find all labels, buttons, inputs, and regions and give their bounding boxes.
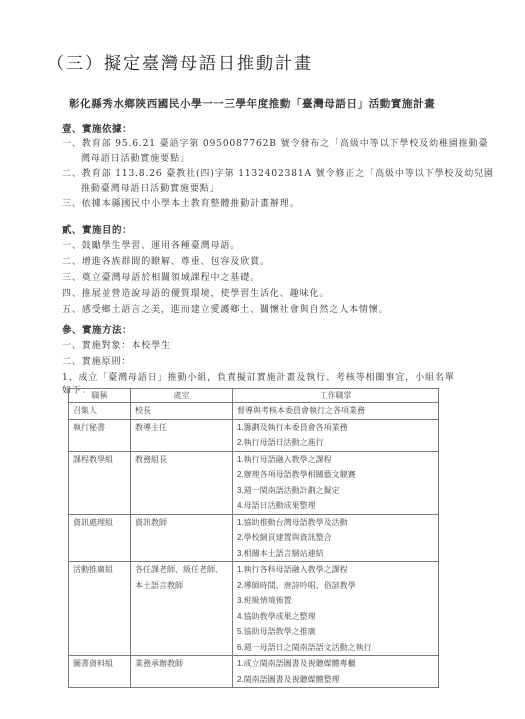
- cell-office: 教務組長: [131, 451, 233, 514]
- committee-table: 職稱 處室 工作職掌 召集人 校長 督導與考核本委員會執行之各項業務 執行秘書 …: [68, 388, 439, 688]
- goal-item-1: 一、鼓勵學生學習、運用各種臺灣母語。: [62, 238, 240, 251]
- table-row: 課程教學組 教務組長 1.執行母語融入教學之課程 2.辦理各項母語教學相關藝文競…: [69, 451, 439, 514]
- duty-item: 2.辦理各項母語教學相關藝文競賽: [237, 467, 434, 483]
- basis-item-3: 三、依據本縣國民中小學本土教育整體推動計畫辦理。: [62, 196, 300, 209]
- cell-office: 教導主任: [131, 419, 233, 451]
- header-title: 職稱: [69, 389, 131, 403]
- cell-title: 活動推廣組: [69, 562, 131, 656]
- cell-title: 課程教學組: [69, 451, 131, 514]
- goal-item-4: 四、推展並營造說母語的優質環境，使學習生活化、趣味化。: [62, 286, 329, 299]
- duty-item: 1.協助推動台灣母語教學及活動: [237, 515, 434, 531]
- duty-item: 6.週一母語日之閩南語語文活動之執行: [237, 640, 434, 656]
- cell-title: 執行秘書: [69, 419, 131, 451]
- basis-item-1-cont: 灣母語日活動實施要點」: [81, 151, 190, 164]
- cell-office: 校長: [131, 403, 233, 420]
- cell-office: 各任課老師、級任老師、本土語言教師: [131, 562, 233, 656]
- cell-duties: 1.執行各科母語融入教學之課程 2.導師時間、唐詩吟唱、俗諺教學 3.班級情境佈…: [233, 562, 439, 656]
- cell-duties: 1.成立閩南語圖書及視聽媒體專櫃 2.閩南語圖書及視聽媒體整理: [233, 656, 439, 688]
- methods-principle: 二、實施原則：: [62, 354, 131, 367]
- table-row: 活動推廣組 各任課老師、級任老師、本土語言教師 1.執行各科母語融入教學之課程 …: [69, 562, 439, 656]
- duty-item: 1.籌劃及執行本委員會各項業務: [237, 420, 434, 436]
- table-row: 圖書資料組 業務承辦教師 1.成立閩南語圖書及視聽媒體專櫃 2.閩南語圖書及視聽…: [69, 656, 439, 688]
- methods-target: 一、實施對象：本校學生: [62, 338, 171, 351]
- basis-item-1: 一、教育部 95.6.21 臺語字第 0950087762B 號令發布之「高級中…: [62, 136, 488, 149]
- cell-title: 資訊處理組: [69, 514, 131, 562]
- cell-duties: 1.執行母語融入教學之課程 2.辦理各項母語教學相關藝文競賽 3.週一閩南語活動…: [233, 451, 439, 514]
- duty-item: 1.執行各科母語融入教學之課程: [237, 562, 434, 578]
- cell-office: 資訊教師: [131, 514, 233, 562]
- basis-heading: 壹、實施依據：: [62, 121, 132, 135]
- table-row: 執行秘書 教導主任 1.籌劃及執行本委員會各項業務 2.執行母語日活動之進行: [69, 419, 439, 451]
- duty-item: 2.學校網頁建置與資訊整合: [237, 530, 434, 546]
- duty-item: 2.導師時間、唐詩吟唱、俗諺教學: [237, 578, 434, 594]
- basis-item-2-cont: 推動臺灣母語日活動實施要點」: [81, 181, 220, 194]
- goals-heading: 貳、實施目的：: [62, 222, 132, 236]
- methods-item-1: 1、成立「臺灣母語日」推動小組，負責擬訂實施計畫及執行、考核等相關事宜，小組名單: [62, 370, 455, 383]
- cell-office: 業務承辦教師: [131, 656, 233, 688]
- goal-item-3: 三、奠立臺灣母語於相關領域課程中之基礎。: [62, 270, 260, 283]
- cell-title: 召集人: [69, 403, 131, 420]
- duty-item: 4.母語日活動成果整理: [237, 498, 434, 514]
- duty-item: 1.成立閩南語圖書及視聽媒體專櫃: [237, 656, 434, 672]
- methods-heading: 參、實施方法：: [62, 322, 132, 336]
- header-duties: 工作職掌: [233, 389, 439, 403]
- goal-item-5: 五、感受鄉土語言之美，進而建立愛護鄉土、關懷社會與自然之人本情懷。: [62, 302, 389, 315]
- cell-title: 圖書資料組: [69, 656, 131, 688]
- duty-item: 5.協助母語教學之推廣: [237, 624, 434, 640]
- cell-duties: 督導與考核本委員會執行之各項業務: [233, 403, 439, 420]
- header-office: 處室: [131, 389, 233, 403]
- duty-item: 1.執行母語融入教學之課程: [237, 452, 434, 468]
- duty-item: 3.相關本土語言網站連結: [237, 546, 434, 562]
- cell-duties: 1.籌劃及執行本委員會各項業務 2.執行母語日活動之進行: [233, 419, 439, 451]
- plan-title: 彰化縣秀水鄉陝西國民小學一一三學年度推動「臺灣母語日」活動實施計畫: [69, 96, 435, 111]
- duty-item: 督導與考核本委員會執行之各項業務: [237, 403, 434, 419]
- table-row: 召集人 校長 督導與考核本委員會執行之各項業務: [69, 403, 439, 420]
- duty-item: 2.執行母語日活動之進行: [237, 435, 434, 451]
- goal-item-2: 二、增進各族群間的瞭解、尊重、包容及欣賞。: [62, 254, 270, 267]
- section-title: （三）擬定臺灣母語日推動計畫: [47, 49, 313, 74]
- basis-item-2: 二、教育部 113.8.26 臺教社(四)字第 1132402381A 號令修正…: [62, 166, 494, 179]
- duty-item: 2.閩南語圖書及視聽媒體整理: [237, 672, 434, 688]
- duty-item: 3.班級情境佈置: [237, 593, 434, 609]
- table-row: 資訊處理組 資訊教師 1.協助推動台灣母語教學及活動 2.學校網頁建置與資訊整合…: [69, 514, 439, 562]
- duty-item: 3.週一閩南語活動計劃之擬定: [237, 483, 434, 499]
- cell-duties: 1.協助推動台灣母語教學及活動 2.學校網頁建置與資訊整合 3.相關本土語言網站…: [233, 514, 439, 562]
- table-header-row: 職稱 處室 工作職掌: [69, 389, 439, 403]
- duty-item: 4.協助教學成果之整理: [237, 609, 434, 625]
